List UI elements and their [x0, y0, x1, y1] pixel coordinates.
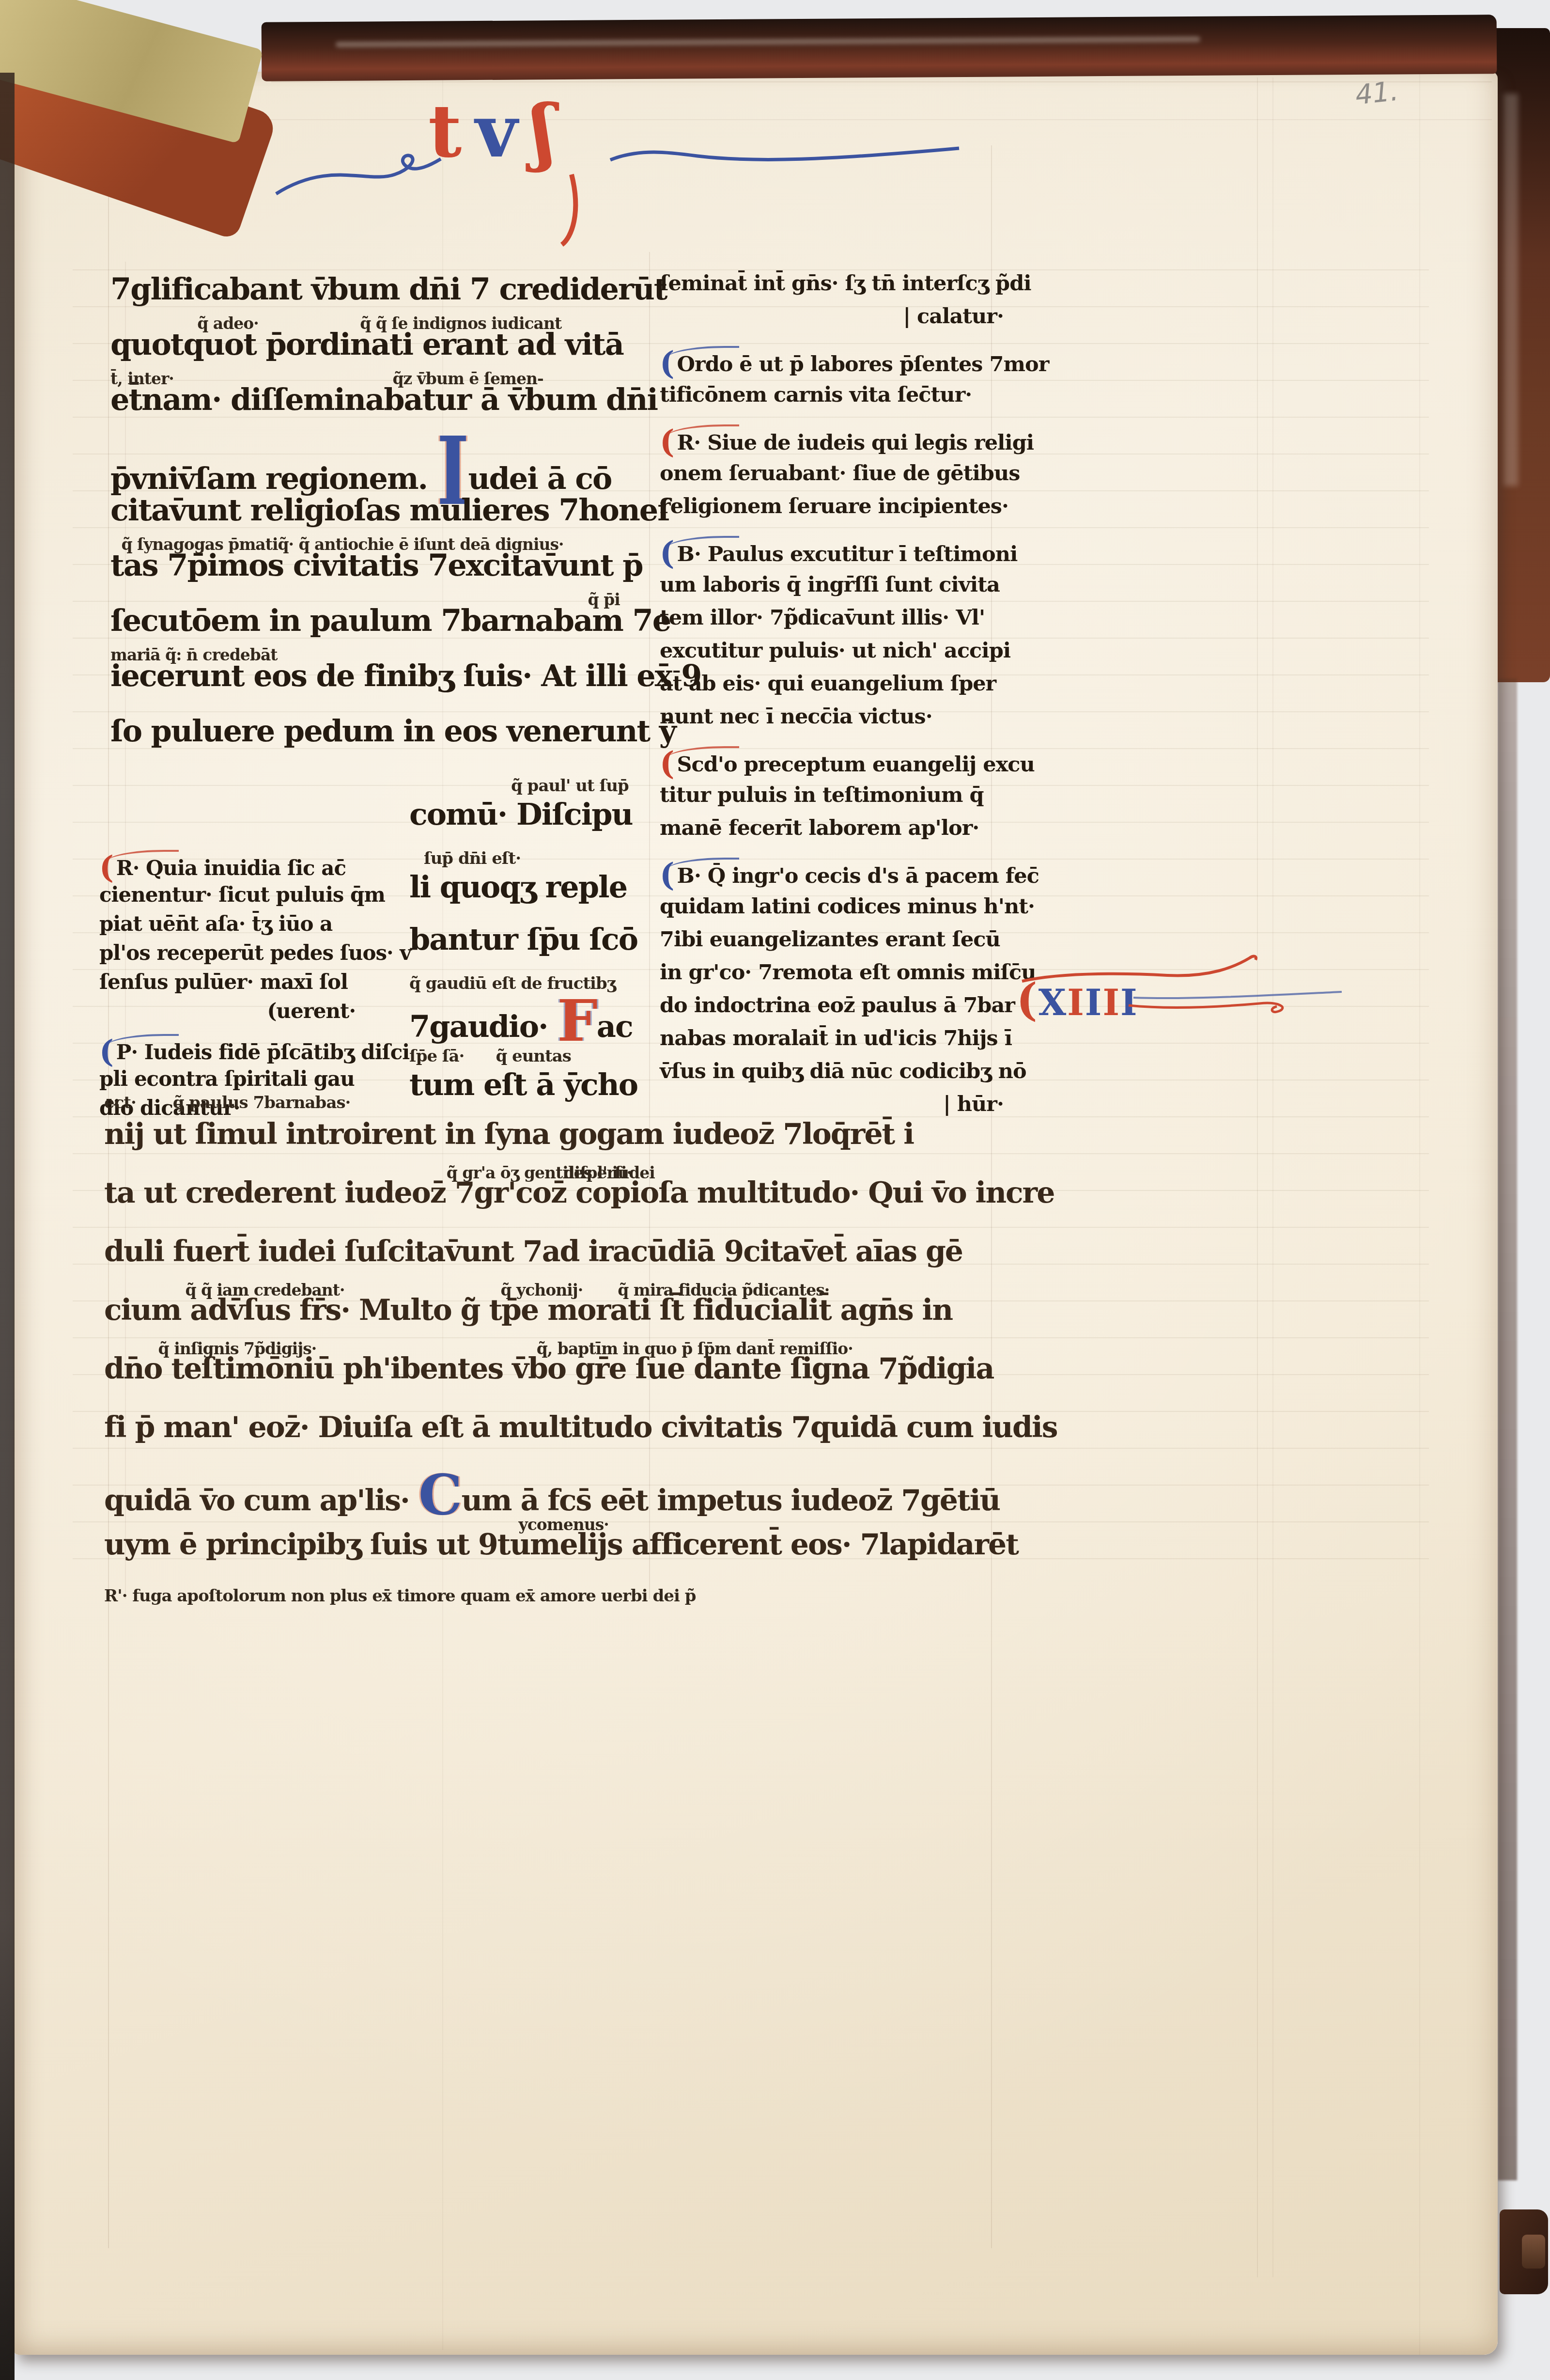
ruling-line — [1257, 78, 1258, 2277]
interlinear-gloss: q̃ q̃ ſe indignos iudicant — [360, 314, 561, 333]
text-line: excutitur puluis· ut nich' accipi — [660, 639, 1004, 672]
ruling-line — [1419, 73, 1420, 2355]
text-line: (B· Paulus excutitur ī teſtimoni — [660, 540, 1004, 573]
text-line: piat uēn̄t aſa· t̄ʒ iūo a — [99, 912, 404, 941]
illuminated-initial: C — [418, 1473, 462, 1517]
text-line: R'· fuga apoſtolorum non plus ex̄ timore… — [104, 1586, 1005, 1611]
text-run: manē fecerīt laborem ap'lor· — [660, 816, 979, 840]
interlinear-gloss: ycomenus· — [519, 1515, 609, 1534]
text-line: nabas moralait̄ in ud'icis 7hijs ī — [660, 1026, 1004, 1059]
gloss-right-column: ſeminat̄ int̄ gn̄s· ſʒ tn̄ interſcʒ p̃di… — [660, 271, 1004, 1125]
interlinear-gloss: q̃z v̄bum ē ſemen- — [392, 369, 543, 388]
text-run: li quoqʒ reple — [409, 869, 627, 905]
text-run: ſecutōem in paulum 7barnabam 7e — [110, 603, 670, 638]
right-edge-shadow — [1498, 678, 1517, 2180]
text-line: ſup̄ dn̄i eſt· — [409, 849, 651, 869]
text-run: nabas moralait̄ in ud'icis 7hijs ī — [660, 1026, 1012, 1050]
text-run: tem illor· 7p̃dicav̄unt illis· Vl' — [660, 606, 985, 630]
ruling-line — [73, 269, 1429, 270]
text-line: (Scd'o preceptum euangelij excu — [660, 750, 1004, 783]
text-run: nij ut ſimul introirent in ſyna gogam iu… — [104, 1117, 914, 1151]
text-line: titur puluis in teſtimonium q̄ — [660, 783, 1004, 816]
text-line: ſeminat̄ int̄ gn̄s· ſʒ tn̄ interſcʒ p̃di — [660, 271, 1004, 304]
text-run: | calatur· — [903, 304, 1004, 329]
text-run: et̄nam· diſſeminabatur ā v̄bum dn̄i — [110, 382, 657, 417]
text-run: duli fuert̄ iudei ſuſcitav̄unt 7ad iracū… — [104, 1235, 962, 1268]
interlinear-gloss: q̃, baptīm in quo p̄ ſp̄m dant̄ remiſſio… — [537, 1339, 853, 1358]
leather-highlight — [1503, 94, 1518, 486]
text-run: religionem ſeruare incipientes· — [660, 494, 1008, 518]
paraph-mark: ( — [99, 857, 113, 878]
text-run: quidam latini codices minus h'nt· — [660, 894, 1035, 919]
text-run: ſeminat̄ int̄ gn̄s· ſʒ tn̄ interſcʒ p̃di — [660, 271, 1031, 296]
right-cover-edge — [1495, 28, 1550, 682]
text-line: ſenſus pulūer· maxī ſol — [99, 970, 404, 999]
text-line: quidam latini codices minus h'nt· — [660, 894, 1004, 927]
interlinear-gloss: q̃ ychonij· — [500, 1281, 583, 1300]
text-line: manē fecerīt laborem ap'lor· — [660, 816, 1004, 849]
text-run: ſup̄ dn̄i eſt· — [424, 849, 521, 868]
chapter-flourish — [1007, 947, 1347, 1034]
text-run: um laboris q̄ ingr̄ſſi ſunt civita — [660, 573, 1000, 597]
text-run: ect· q̃ paulus 7barnabas· — [104, 1093, 350, 1112]
interlinear-gloss: diſperſi· — [564, 1163, 632, 1182]
main-text-left-column: 7glificabant v̄bum dn̄i 7 crediderūtq̃ a… — [110, 271, 653, 768]
book-clasp — [1500, 2209, 1548, 2294]
text-run: (uerent· — [267, 999, 356, 1023]
text-run: cienentur· ſicut puluis q̄m — [99, 883, 385, 907]
text-line: (R· Quia inuidia ſic ac̄ — [99, 854, 404, 883]
text-line: in gr'co· 7remota eſt omnis miſc̄u — [660, 960, 1004, 993]
text-run: ſo puluere pedum in eos venerunt ȳ — [110, 713, 676, 749]
text-run: ac — [597, 1009, 633, 1044]
text-line: (R· Siue de iudeis qui legis religi — [660, 428, 1004, 461]
text-line: um laboris q̄ ingr̄ſſi ſunt civita — [660, 573, 1004, 606]
text-line: 7ibi euangelizantes erant ſecū — [660, 927, 1004, 960]
text-line: 7gaudio· Fac — [409, 994, 651, 1047]
interlinear-gloss: q̃ ſynagogas p̄matiq̃· q̃ antiochie ē iſ… — [121, 535, 563, 554]
text-run: excutitur puluis· ut nich' accipi — [660, 639, 1010, 663]
text-run: quidā v̄o cum ap'lis· — [104, 1484, 418, 1518]
text-run: fi p̄ man' eoz̄· Diuiſa eſt ā multitudo … — [104, 1410, 1057, 1444]
text-run: piat uēn̄t aſa· t̄ʒ iūo a — [99, 912, 332, 936]
text-line: ect· q̃ paulus 7barnabas· — [104, 1093, 1005, 1117]
paraph-mark: ( — [660, 753, 674, 775]
main-text-lower-block: ect· q̃ paulus 7barnabas·nij ut ſimul in… — [104, 1093, 1005, 1611]
interlinear-gloss: q̃ adeo· — [197, 314, 259, 333]
interlinear-gloss: q̃ p̄i — [588, 590, 620, 609]
paraph-mark: ( — [660, 353, 674, 375]
manuscript-photo: { "photo": { "folio_number": "41.", "wat… — [0, 0, 1550, 2380]
text-run: pl'os receperūt pedes ſuos· v — [99, 941, 411, 965]
paraph-mark: ( — [660, 431, 674, 453]
text-line: q̃ gr'a ōʒ gentiles l' iudeidiſperſi·ta … — [104, 1176, 1005, 1235]
text-run: R'· fuga apoſtolorum non plus ex̄ timore… — [104, 1586, 696, 1606]
text-line: religionem ſeruare incipientes· — [660, 494, 1004, 527]
clasp-knob — [1522, 2235, 1545, 2269]
paraph-mark: ( — [660, 543, 674, 564]
text-line: t̄, inter·q̃z v̄bum ē ſemen-et̄nam· diſſ… — [110, 382, 653, 437]
text-run: nunt nec ī necc̄ia victus· — [660, 705, 932, 729]
text-run: onem ſeruabant· ſiue de gētibus — [660, 461, 1020, 485]
text-run: udei ā cō — [468, 461, 611, 496]
text-line: (P· Iudeis fidē p̄ſcā̄tibʒ diſci — [99, 1038, 404, 1067]
book-top-edge — [262, 15, 1497, 81]
text-run: p̄vniv̄ſam regionem. — [110, 461, 437, 496]
text-run: 7glificabant v̄bum dn̄i 7 crediderūt — [110, 271, 666, 307]
text-run: citav̄unt religioſas mulieres 7honeſ — [110, 492, 669, 528]
interlinear-gloss: mariā q̃: n̄ credebāt — [110, 645, 278, 664]
interlinear-gloss: q̃ inſignis 7p̃digijs· — [158, 1339, 317, 1358]
text-line: pli econtra ſpiritali gau — [99, 1067, 404, 1096]
text-run: titur puluis in teſtimonium q̄ — [660, 783, 983, 807]
text-line: (Ordo ē ut p̄ labores p̄ſentes 7mor — [660, 350, 1004, 383]
text-line: at̄ ab eis· qui euangelium ſper — [660, 672, 1004, 705]
leather-glint — [336, 36, 1200, 47]
text-line: li quoqʒ reple — [409, 869, 651, 922]
text-run: tificōnem carnis vita ſec̄tur· — [660, 383, 972, 407]
text-line: comū· Diſcipu — [409, 797, 651, 849]
marginal-gloss-left: (R· Quia inuidia ſic ac̄cienentur· ſicut… — [99, 854, 404, 1125]
main-text-center-column: q̃ paul' ut ſup̄comū· Diſcipuſup̄ dn̄i e… — [409, 776, 651, 1119]
text-run: um ā fcs̄ eēt impetus iudeoz̄ 7gētiū — [461, 1484, 1000, 1518]
running-title-flourish — [271, 102, 1095, 247]
ruling-line — [1272, 78, 1273, 2277]
text-line: q̃ gaudiū eſt de fructibʒ — [409, 974, 651, 994]
text-run: comū· Diſcipu — [409, 797, 633, 832]
text-line: ycomenus·uym ē principibʒ ſuis ut 9tumel… — [104, 1528, 1005, 1586]
text-line: pl'os receperūt pedes ſuos· v — [99, 941, 404, 970]
text-run: q̃ paul' ut ſup̄ — [511, 776, 629, 796]
text-line: ſp̄e ſā· q̃ euntas — [409, 1047, 651, 1067]
text-line: tificōnem carnis vita ſec̄tur· — [660, 383, 1004, 416]
folio-number: 41. — [1354, 76, 1400, 111]
text-line: mariā q̃: n̄ credebātiecerunt eos de fin… — [110, 658, 653, 713]
text-run: at̄ ab eis· qui euangelium ſper — [660, 672, 996, 696]
text-run: bantur ſp̄u ſcō — [409, 922, 637, 957]
text-run: in gr'co· 7remota eſt omnis miſc̄u — [660, 960, 1036, 985]
interlinear-gloss: t̄, inter· — [110, 369, 174, 388]
interlinear-gloss: q̃ q̃ iam credebant· — [185, 1281, 344, 1300]
ruling-line — [271, 81, 1492, 82]
text-line: q̃ ſynagogas p̄matiq̃· q̃ antiochie ē iſ… — [110, 548, 653, 603]
text-line: p̄vniv̄ſam regionem. Iudei ā cō — [110, 437, 653, 492]
text-run: ſp̄e ſā· q̃ euntas — [409, 1047, 571, 1066]
text-line: onem ſeruabant· ſiue de gētibus — [660, 461, 1004, 494]
text-line: q̃ inſignis 7p̃digijs·q̃, baptīm in quo … — [104, 1352, 1005, 1410]
text-line: (B· Q̄ ingr'o cecis d's ā pacem fec̄ — [660, 861, 1004, 894]
text-line: v̄ſus in quibʒ diā nūc codicibʒ nō — [660, 1059, 1004, 1092]
gutter-shadow — [0, 73, 15, 2380]
text-line: q̃ adeo·q̃ q̃ ſe indignos iudicantquotqu… — [110, 327, 653, 382]
text-run: 7gaudio· — [409, 1009, 557, 1044]
text-run: 7ibi euangelizantes erant ſecū — [660, 927, 1000, 952]
interlinear-gloss: q̃ mira fiducia p̃dicantes· — [618, 1281, 829, 1300]
text-line: fi p̄ man' eoz̄· Diuiſa eſt ā multitudo … — [104, 1410, 1005, 1469]
paraph-mark: ( — [99, 1041, 113, 1062]
text-run: ſenſus pulūer· maxī ſol — [99, 970, 348, 994]
text-line: do indoctrina eoz̄ paulus ā 7bar — [660, 993, 1004, 1026]
text-run: pli econtra ſpiritali gau — [99, 1067, 355, 1091]
text-line: bantur ſp̄u ſcō — [409, 922, 651, 974]
text-line: tem illor· 7p̃dicav̄unt illis· Vl' — [660, 606, 1004, 639]
text-line: | calatur· — [660, 304, 1004, 337]
illuminated-initial: F — [557, 998, 597, 1044]
text-line: q̃ paul' ut ſup̄ — [409, 776, 651, 797]
text-run: v̄ſus in quibʒ diā nūc codicibʒ nō — [660, 1059, 1026, 1083]
text-line: cienentur· ſicut puluis q̄m — [99, 883, 404, 912]
text-line: (uerent· — [99, 999, 404, 1028]
paraph-mark: ( — [660, 864, 674, 886]
text-line: nunt nec ī necc̄ia victus· — [660, 705, 1004, 737]
text-run: do indoctrina eoz̄ paulus ā 7bar — [660, 993, 1015, 1018]
text-line: ſo puluere pedum in eos venerunt ȳ — [110, 713, 653, 768]
